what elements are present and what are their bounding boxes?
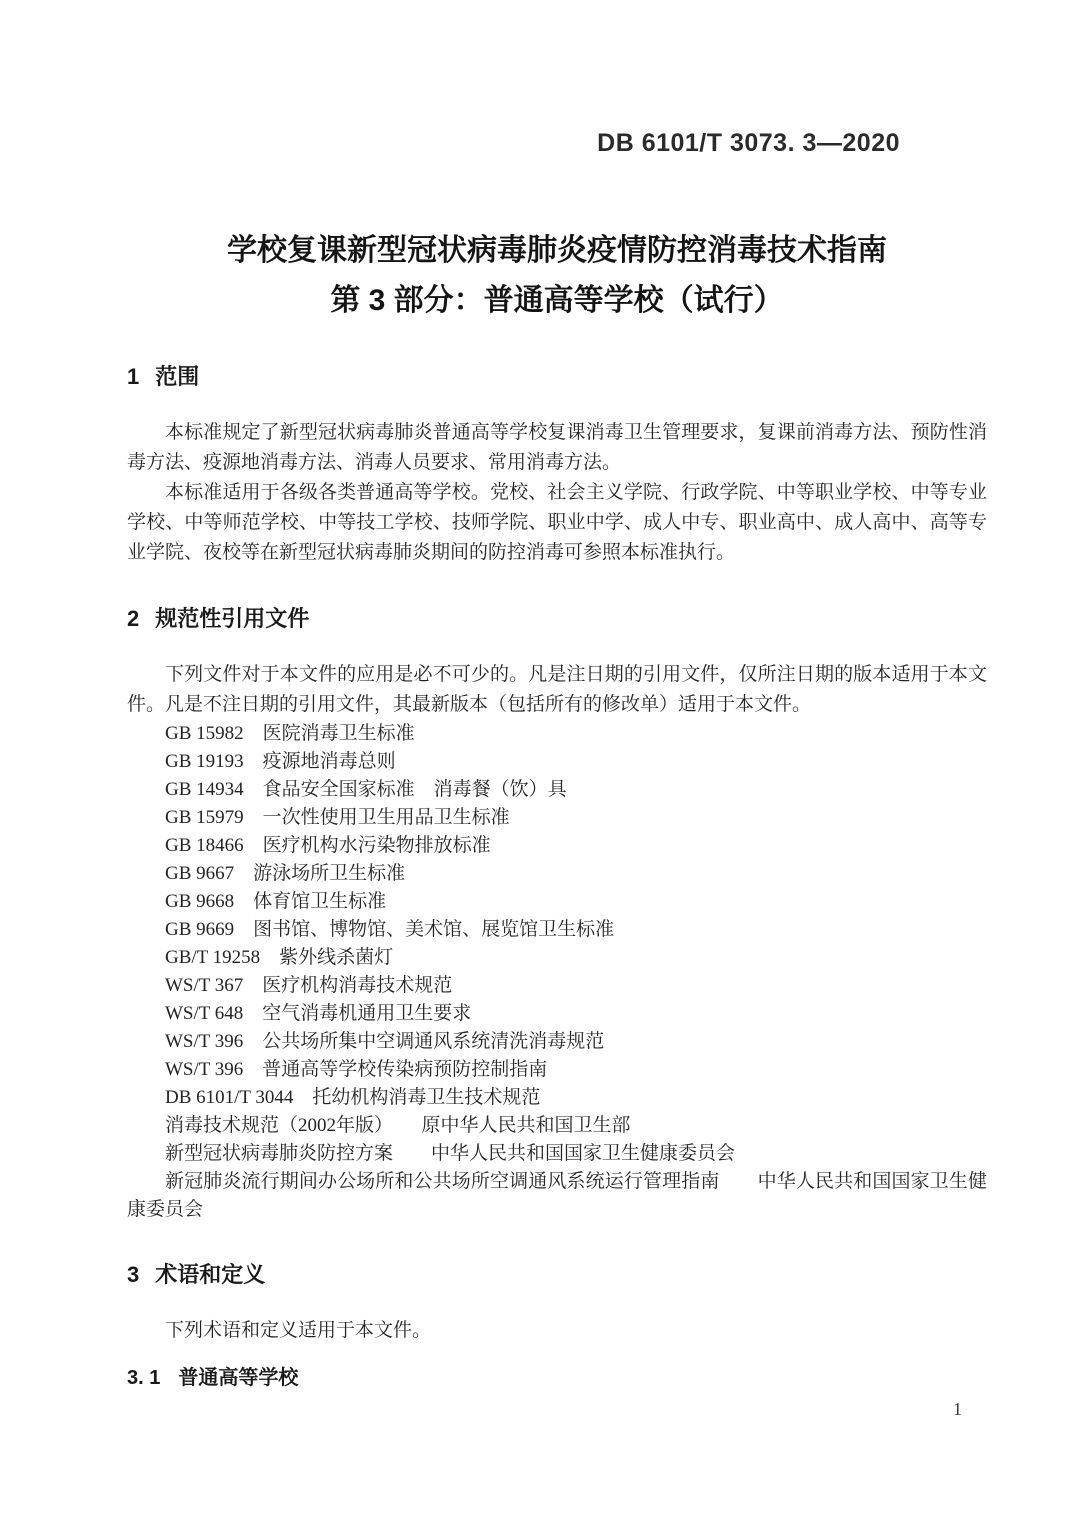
section-1-title: 范围 [155,364,199,389]
document-page: DB 6101/T 3073. 3—2020 学校复课新型冠状病毒肺炎疫情防控消… [0,0,1080,1527]
section-1-heading: 1范围 [127,362,987,392]
section-2-heading: 2规范性引用文件 [127,604,987,634]
reference-item: 新型冠状病毒肺炎防控方案 中华人民共和国国家卫生健康委员会 [127,1140,987,1168]
reference-item: WS/T 396 公共场所集中空调通风系统清洗消毒规范 [127,1028,987,1056]
section-2-number: 2 [127,606,139,631]
document-title: 学校复课新型冠状病毒肺炎疫情防控消毒技术指南 第 3 部分：普通高等学校（试行） [127,226,987,326]
subsection-3-1-heading: 3. 1普通高等学校 [127,1364,987,1392]
section-2-title: 规范性引用文件 [155,606,309,631]
page-number: 1 [953,1398,962,1420]
document-title-line-1: 学校复课新型冠状病毒肺炎疫情防控消毒技术指南 [127,226,987,276]
reference-item: GB 14934 食品安全国家标准 消毒餐（饮）具 [127,776,987,804]
section-1-paragraph-1: 本标准规定了新型冠状病毒肺炎普通高等学校复课消毒卫生管理要求，复课前消毒方法、预… [127,418,987,478]
normative-references-list: GB 15982 医院消毒卫生标准 GB 19193 疫源地消毒总则 GB 14… [127,720,987,1224]
section-1-number: 1 [127,364,139,389]
reference-item: GB 15979 一次性使用卫生用品卫生标准 [127,804,987,832]
reference-item: GB 15982 医院消毒卫生标准 [127,720,987,748]
reference-item: GB 19193 疫源地消毒总则 [127,748,987,776]
reference-item: GB 9669 图书馆、博物馆、美术馆、展览馆卫生标准 [127,916,987,944]
reference-item: GB 18466 医疗机构水污染物排放标准 [127,832,987,860]
standard-number: DB 6101/T 3073. 3—2020 [127,128,987,158]
reference-item: GB/T 19258 紫外线杀菌灯 [127,944,987,972]
section-3-number: 3 [127,1262,139,1287]
document-title-line-2: 第 3 部分：普通高等学校（试行） [127,276,987,326]
reference-item: DB 6101/T 3044 托幼机构消毒卫生技术规范 [127,1084,987,1112]
reference-item: 消毒技术规范（2002年版） 原中华人民共和国卫生部 [127,1112,987,1140]
section-3-heading: 3术语和定义 [127,1260,987,1290]
section-1-paragraph-2: 本标准适用于各级各类普通高等学校。党校、社会主义学院、行政学院、中等职业学校、中… [127,478,987,568]
reference-item: 新冠肺炎流行期间办公场所和公共场所空调通风系统运行管理指南 中华人民共和国国家卫… [127,1168,987,1224]
reference-item: WS/T 396 普通高等学校传染病预防控制指南 [127,1056,987,1084]
reference-item: GB 9667 游泳场所卫生标准 [127,860,987,888]
reference-item: GB 9668 体育馆卫生标准 [127,888,987,916]
subsection-3-1-title: 普通高等学校 [178,1367,298,1389]
subsection-3-1-number: 3. 1 [127,1367,160,1389]
page-content: DB 6101/T 3073. 3—2020 学校复课新型冠状病毒肺炎疫情防控消… [0,128,1080,1392]
reference-item: WS/T 648 空气消毒机通用卫生要求 [127,1000,987,1028]
reference-item: WS/T 367 医疗机构消毒技术规范 [127,972,987,1000]
section-3-title: 术语和定义 [155,1262,265,1287]
section-3-intro: 下列术语和定义适用于本文件。 [127,1316,987,1346]
section-2-intro: 下列文件对于本文件的应用是必不可少的。凡是注日期的引用文件，仅所注日期的版本适用… [127,660,987,720]
